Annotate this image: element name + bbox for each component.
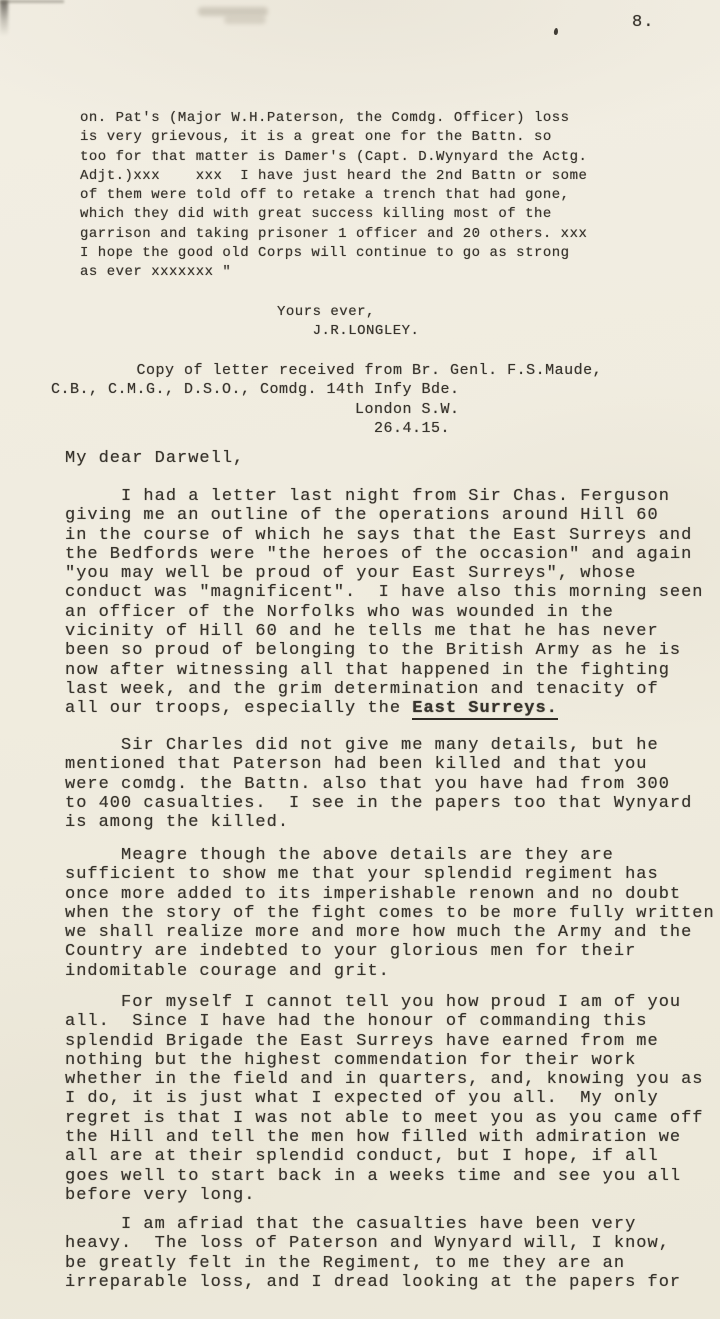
salutation: My dear Darwell,	[65, 449, 244, 468]
paragraph-casualty-details: Sir Charles did not give me many details…	[65, 736, 692, 832]
paragraph-hill-60: I had a letter last night from Sir Chas.…	[65, 487, 704, 719]
ink-speck	[554, 28, 559, 35]
paragraph-pride: For myself I cannot tell you how proud I…	[65, 993, 704, 1205]
scan-edge-artifact	[0, 0, 8, 36]
copy-of-letter-heading: Copy of letter received from Br. Genl. F…	[51, 361, 602, 438]
paragraph-text: I had a letter last night from Sir Chas.…	[65, 487, 704, 718]
page-number: 8.	[632, 13, 654, 32]
underlined-east-surreys: East Surreys.	[412, 699, 558, 720]
letter-closing-paragraph: on. Pat's (Major W.H.Paterson, the Comdg…	[80, 109, 587, 283]
ghost-ink-smudge	[198, 7, 268, 16]
document-page: 8. on. Pat's (Major W.H.Paterson, the Co…	[0, 0, 720, 1319]
paragraph-regiment-renown: Meagre though the above details are they…	[65, 846, 715, 981]
ghost-ink-smudge	[224, 16, 266, 24]
top-edge-artifact	[0, 0, 64, 3]
valediction: Yours ever, J.R.LONGLEY.	[277, 303, 419, 342]
paragraph-casualties-heavy: I am afriad that the casualties have bee…	[65, 1215, 681, 1292]
